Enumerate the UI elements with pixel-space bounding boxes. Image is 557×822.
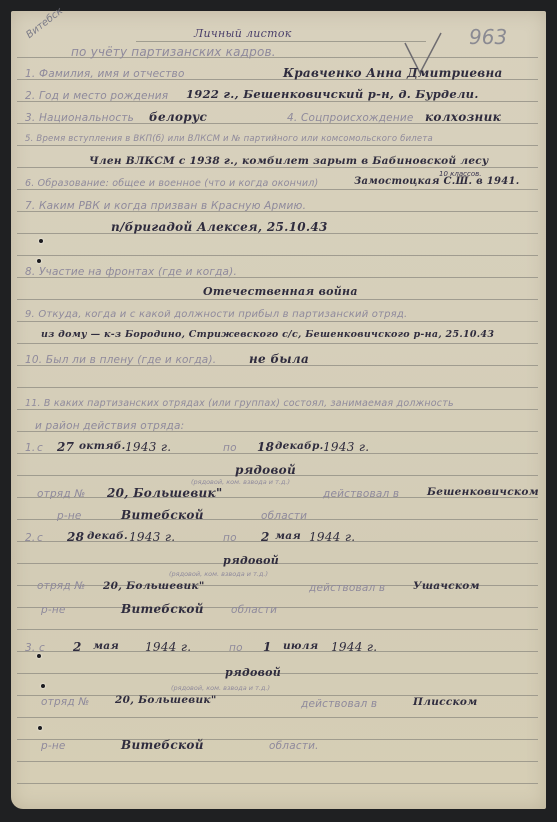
rule-line bbox=[17, 343, 538, 344]
service-2-district: Ушачском bbox=[413, 581, 480, 592]
field-4-value: колхозник bbox=[425, 111, 501, 123]
service-2-unit-label: отряд № bbox=[37, 581, 85, 592]
field-9-value: из дому — к-з Бородино, Стрижевского с/с… bbox=[41, 330, 494, 340]
service-1-region-suffix: области bbox=[261, 511, 307, 522]
service-2-from-year: 1943 г. bbox=[129, 531, 175, 543]
service-1-to-month: декабр. bbox=[275, 441, 324, 452]
field-2-label: 2. Год и место рождения bbox=[25, 91, 168, 102]
field-7-label: 7. Каким РВК и когда призван в Красную А… bbox=[25, 201, 306, 212]
service-3-acted-label: действовал в bbox=[301, 699, 377, 710]
punch-hole bbox=[37, 654, 41, 658]
service-1-region: Витебской bbox=[121, 509, 204, 521]
punch-hole bbox=[37, 259, 41, 263]
service-3-from-month: мая bbox=[93, 641, 119, 652]
service-3-region-prefix: р-не bbox=[41, 741, 66, 752]
rule-line bbox=[17, 607, 538, 608]
corner-annotation: Витебск bbox=[25, 6, 65, 40]
service-1-from-prefix: с bbox=[37, 443, 43, 454]
rule-line bbox=[17, 761, 538, 762]
punch-hole bbox=[38, 726, 42, 730]
rule-line bbox=[17, 783, 538, 784]
service-2-to-day: 2 bbox=[261, 531, 270, 543]
service-2-to-prefix: по bbox=[223, 533, 237, 544]
service-2-position: рядовой bbox=[223, 555, 279, 566]
service-1-district: Бешенковичском bbox=[427, 487, 539, 498]
field-1-label: 1. Фамилия, имя и отчество bbox=[25, 69, 185, 80]
field-11-label-cont: и район действия отряда: bbox=[35, 421, 184, 432]
rule-line bbox=[17, 453, 538, 454]
document-sheet: Витебск Личный листок по учёту партизанс… bbox=[11, 11, 546, 809]
page-title: Личный листок bbox=[194, 28, 292, 39]
service-2-number: 2. bbox=[25, 533, 35, 544]
rule-line bbox=[17, 255, 538, 256]
field-2-value: 1922 г., Бешенковичский р-н, д. Бурдели. bbox=[186, 89, 479, 101]
field-8-value: Отечественная война bbox=[203, 286, 358, 297]
service-3-to-prefix: по bbox=[229, 643, 243, 654]
service-1-acted-label: действовал в bbox=[323, 489, 399, 500]
service-3-from-year: 1944 г. bbox=[145, 641, 191, 653]
title-rule bbox=[136, 41, 426, 42]
service-1-number: 1. bbox=[25, 443, 35, 454]
service-1-from-month: октяб. bbox=[79, 441, 126, 452]
service-3-position: рядовой bbox=[225, 667, 281, 678]
service-3-from-prefix: с bbox=[39, 643, 45, 654]
rule-line bbox=[17, 167, 538, 168]
rule-line bbox=[17, 189, 538, 190]
service-2-to-month: мая bbox=[275, 531, 301, 542]
rule-line bbox=[17, 387, 538, 388]
service-1-from-day: 27 bbox=[57, 441, 74, 453]
rule-line bbox=[17, 299, 538, 300]
service-3-to-year: 1944 г. bbox=[331, 641, 377, 653]
service-1-position-hint: (рядовой, ком. взвода и т.д.) bbox=[191, 479, 290, 486]
page-subtitle: по учёту партизанских кадров. bbox=[71, 46, 276, 58]
service-1-region-prefix: р-не bbox=[57, 511, 82, 522]
service-1-position: рядовой bbox=[235, 464, 296, 476]
service-1-to-year: 1943 г. bbox=[323, 441, 369, 453]
service-3-unit: 20, Большевик" bbox=[115, 695, 217, 706]
rule-line bbox=[17, 717, 538, 718]
field-8-label: 8. Участие на фронтах (где и когда). bbox=[25, 267, 237, 278]
service-2-from-day: 28 bbox=[67, 531, 84, 543]
service-2-unit: 20, Большевик" bbox=[103, 581, 205, 592]
punch-hole bbox=[41, 684, 45, 688]
service-2-region: Витебской bbox=[121, 603, 204, 615]
service-1-to-day: 18 bbox=[257, 441, 274, 453]
field-1-value: Кравченко Анна Дмитриевна bbox=[283, 67, 503, 79]
service-1-to-prefix: по bbox=[223, 443, 237, 454]
service-3-unit-label: отряд № bbox=[41, 697, 89, 708]
service-1-unit: 20, Большевик" bbox=[107, 487, 223, 499]
service-1-from-year: 1943 г. bbox=[125, 441, 171, 453]
service-2-region-suffix: области bbox=[231, 605, 277, 616]
service-3-number: 3. bbox=[25, 643, 35, 654]
service-3-position-hint: (рядовой, ком. взвода и т.д.) bbox=[171, 685, 270, 692]
field-3-label: 3. Национальность bbox=[25, 113, 134, 124]
service-3-region: Витебской bbox=[121, 739, 204, 751]
service-3-to-month: июля bbox=[283, 641, 318, 652]
field-10-value: не была bbox=[249, 353, 309, 365]
field-10-label: 10. Был ли в плену (где и когда). bbox=[25, 355, 216, 366]
field-5-value: Член ВЛКСМ с 1938 г., комбилет зарыт в Б… bbox=[89, 156, 489, 167]
rule-line bbox=[17, 321, 538, 322]
service-3-from-day: 2 bbox=[73, 641, 82, 653]
field-3-value: белорус bbox=[149, 111, 207, 123]
field-9-label: 9. Откуда, когда и с какой должности при… bbox=[25, 310, 407, 320]
service-3-district: Плисском bbox=[413, 697, 478, 708]
service-2-to-year: 1944 г. bbox=[309, 531, 355, 543]
rule-line bbox=[17, 409, 538, 410]
service-2-from-month: декаб. bbox=[87, 531, 128, 542]
punch-hole bbox=[39, 239, 43, 243]
field-5-label: 5. Время вступления в ВКП(б) или ВЛКСМ и… bbox=[25, 135, 433, 144]
service-2-acted-label: действовал в bbox=[309, 583, 385, 594]
rule-line bbox=[17, 145, 538, 146]
field-6-value: Замостоцкая С.Ш. в 1941. bbox=[354, 177, 520, 187]
rule-line bbox=[17, 629, 538, 630]
service-3-to-day: 1 bbox=[263, 641, 272, 653]
field-6-label: 6. Образование: общее и военное (что и к… bbox=[25, 179, 318, 189]
service-2-region-prefix: р-не bbox=[41, 605, 66, 616]
service-1-unit-label: отряд № bbox=[37, 489, 85, 500]
field-7-value: п/бригадой Алексея, 25.10.43 bbox=[111, 221, 328, 233]
service-2-from-prefix: с bbox=[37, 533, 43, 544]
archive-number: 963 bbox=[469, 27, 507, 47]
field-4-label: 4. Соцпроисхождение bbox=[287, 113, 414, 124]
field-11-label: 11. В каких партизанских отрядах (или гр… bbox=[25, 399, 454, 409]
service-2-position-hint: (рядовой, ком. взвода и т.д.) bbox=[169, 571, 268, 578]
service-3-region-suffix: области. bbox=[269, 741, 319, 752]
